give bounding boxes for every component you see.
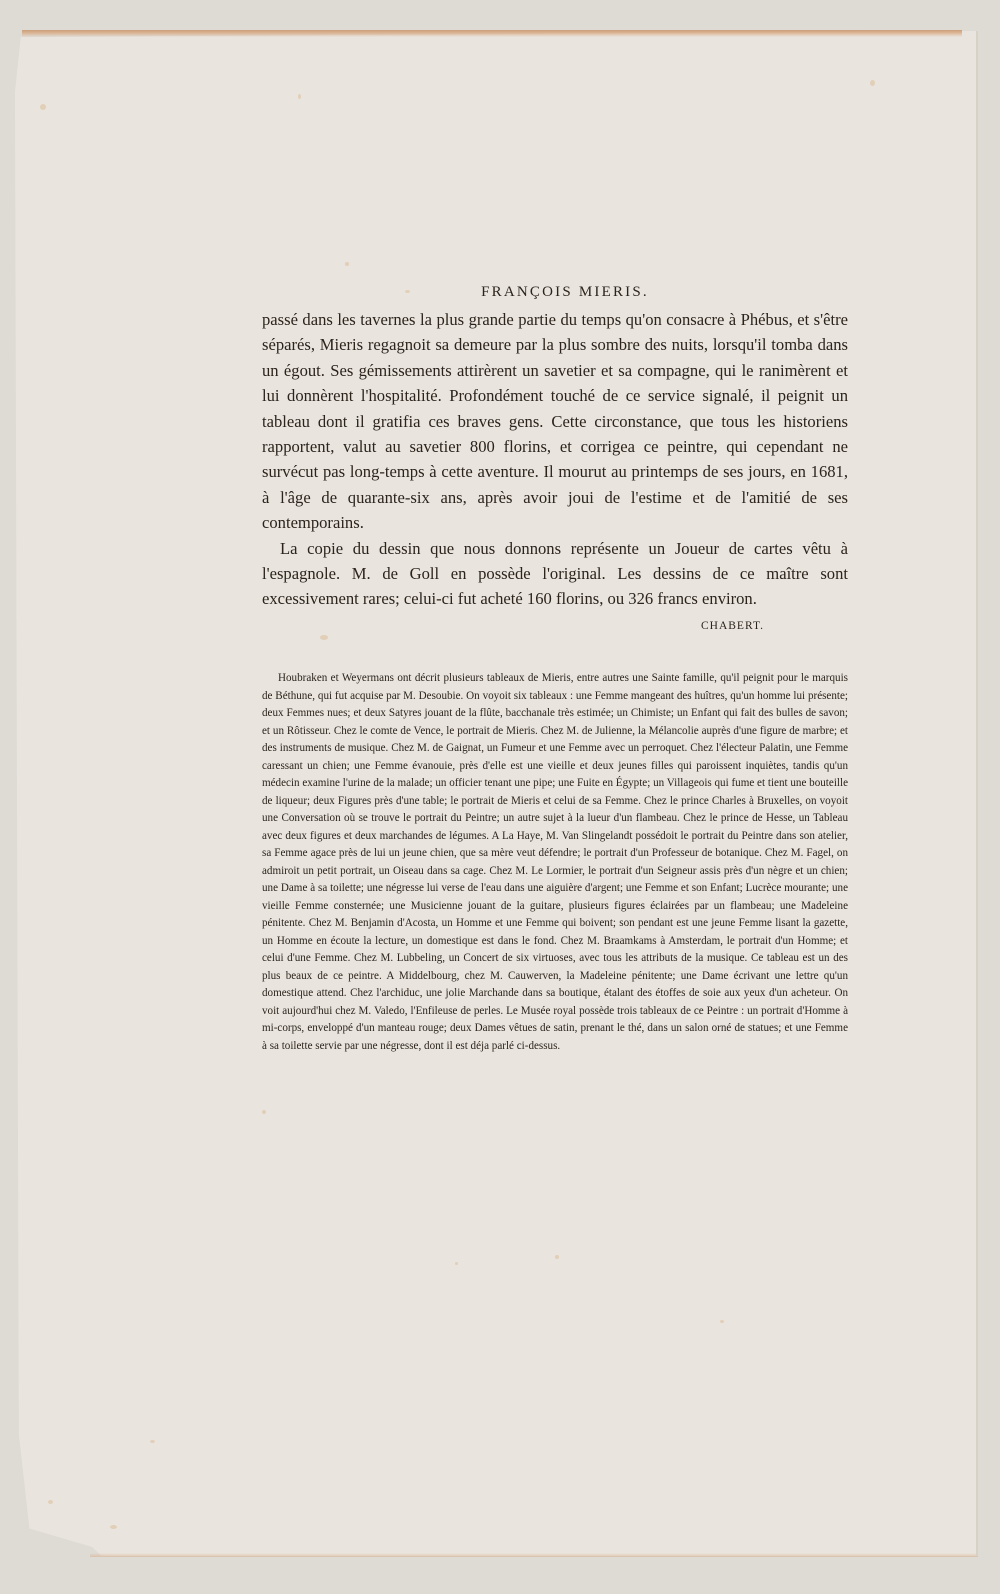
body-paragraph: La copie du dessin que nous donnons repr… (262, 536, 848, 612)
body-paragraph: passé dans les tavernes la plus grande p… (262, 307, 848, 536)
sheet-right-edge (976, 31, 978, 1556)
foxed-bottom-edge (90, 1553, 978, 1557)
page-title: FRANÇOIS MIERIS. (262, 284, 848, 301)
foxed-top-edge (22, 30, 962, 37)
main-text-block: FRANÇOIS MIERIS. passé dans les tavernes… (262, 284, 848, 632)
footnote-paragraph: Houbraken et Weyermans ont décrit plusie… (262, 670, 848, 1055)
author-signature: CHABERT. (262, 620, 764, 632)
